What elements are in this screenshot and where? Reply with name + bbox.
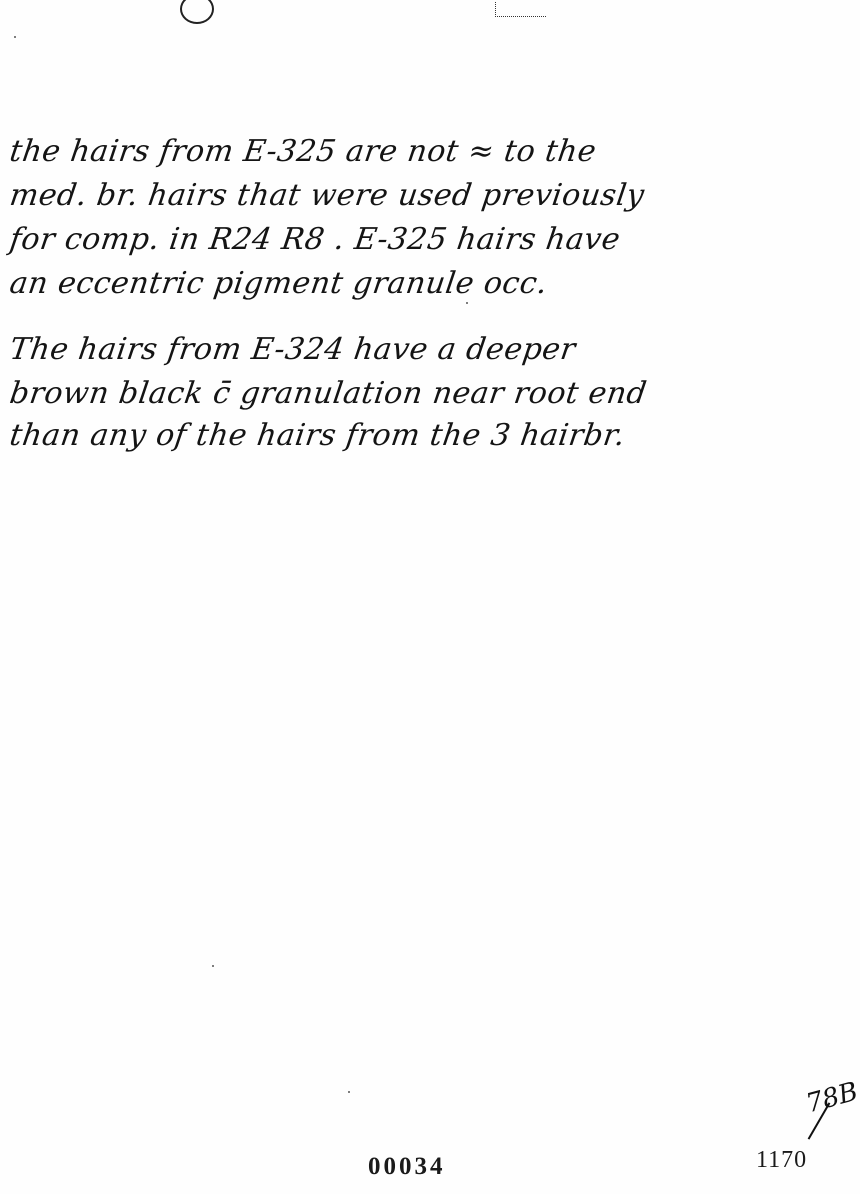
scan-artifact-mark — [495, 2, 546, 17]
handwritten-line: The hairs from E-324 have a deeper — [8, 332, 578, 367]
speck — [14, 36, 16, 38]
handwritten-line: than any of the hairs from the 3 hairbr. — [8, 418, 628, 453]
page-number: 1170 — [756, 1147, 807, 1174]
handwritten-line: an eccentric pigment granule occ. — [8, 266, 550, 301]
handwritten-line: med. br. hairs that were used previously — [8, 178, 647, 213]
handwritten-initials: 78B — [803, 1077, 860, 1119]
document-page: the hairs from E-325 are not ≈ to the me… — [0, 0, 860, 1194]
punch-hole-mark — [180, 0, 214, 24]
speck — [466, 302, 468, 304]
handwritten-line: the hairs from E-325 are not ≈ to the — [8, 134, 599, 169]
bates-number: 00034 — [368, 1153, 446, 1181]
handwritten-line: for comp. in R24 R8 . E-325 hairs have — [8, 222, 623, 257]
speck — [348, 1091, 350, 1093]
handwritten-line: brown black c̄ granulation near root end — [8, 376, 649, 411]
speck — [212, 965, 214, 967]
